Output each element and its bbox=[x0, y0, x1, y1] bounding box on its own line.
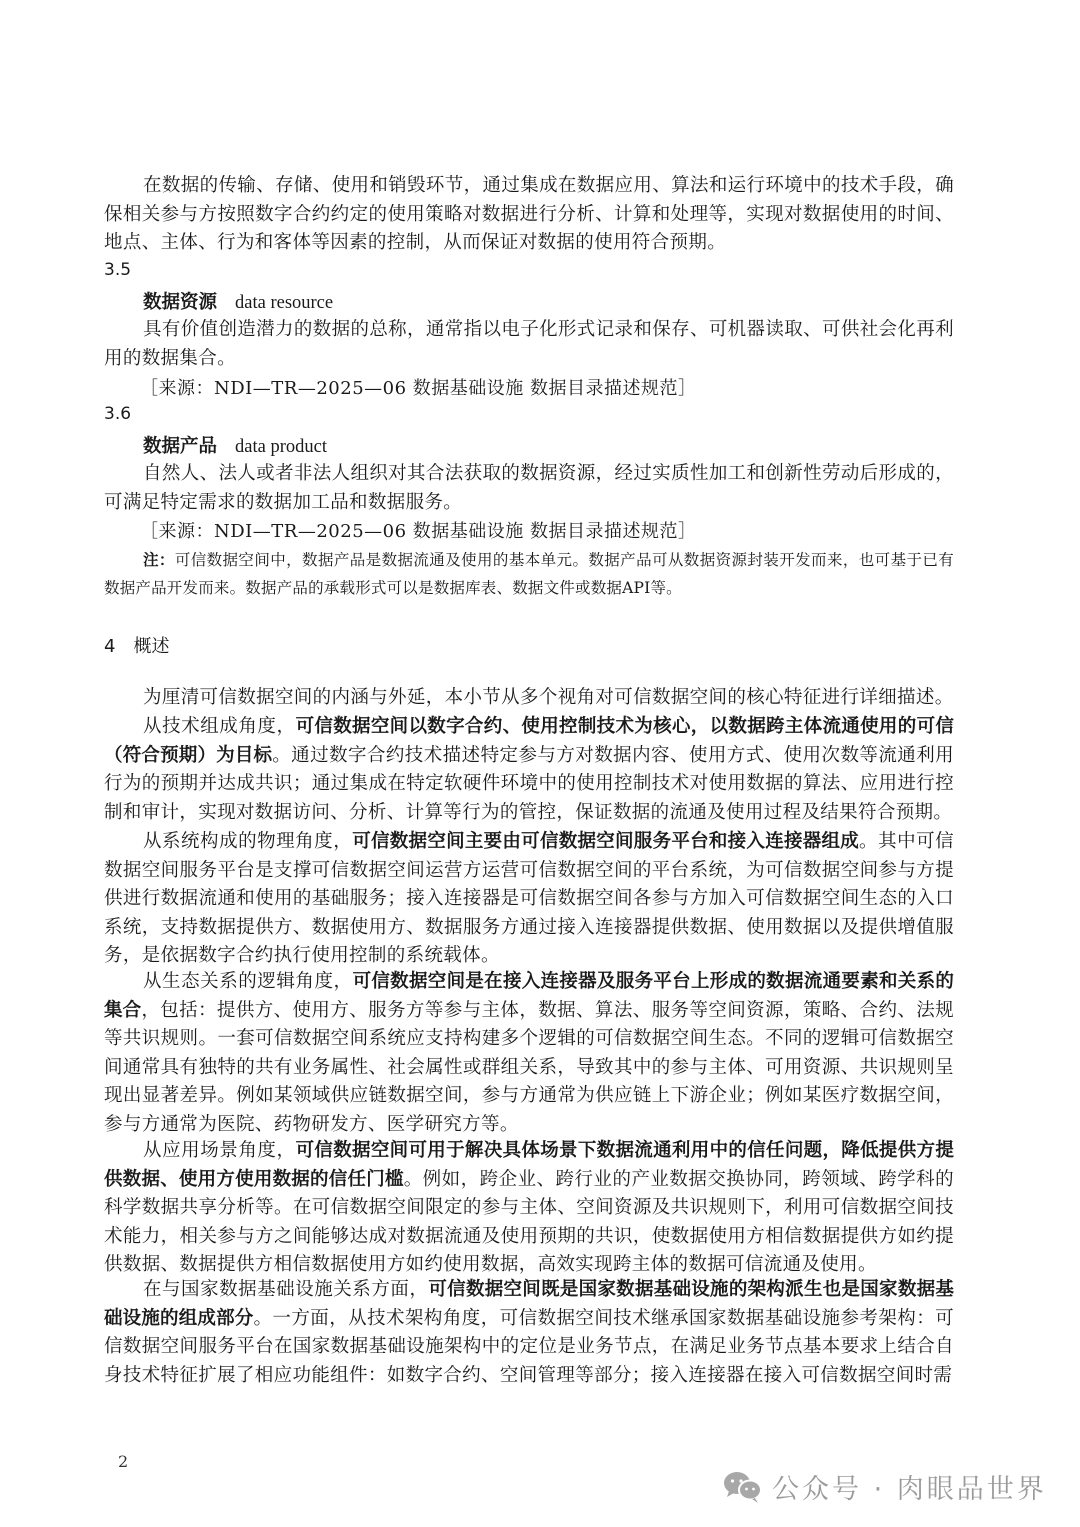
term-zh: 数据资源 bbox=[143, 292, 217, 313]
lead-text: 从生态关系的逻辑角度， bbox=[143, 971, 353, 992]
paragraph-3-4-body: 在数据的传输、存储、使用和销毁环节，通过集成在数据应用、算法和运行环境中的技术手… bbox=[104, 172, 954, 258]
section-4-paragraph-physical: 从系统构成的物理角度，可信数据空间主要由可信数据空间服务平台和接入连接器组成。其… bbox=[104, 828, 954, 971]
lead-text: 在与国家数据基础设施关系方面， bbox=[143, 1279, 428, 1300]
watermark: 公众号 · 肉眼品世界 bbox=[722, 1467, 1047, 1506]
note-text: 可信数据空间中，数据产品是数据流通及使用的基本单元。数据产品可从数据资源封装开发… bbox=[104, 551, 954, 597]
watermark-text: 公众号 · 肉眼品世界 bbox=[772, 1467, 1047, 1506]
section-4-paragraph-technical: 从技术组成角度，可信数据空间以数字合约、使用控制技术为核心，以数据跨主体流通使用… bbox=[104, 713, 954, 827]
term-heading-3-5: 数据资源data resource bbox=[143, 288, 333, 314]
term-en: data resource bbox=[235, 293, 333, 313]
note-3-6: 注：可信数据空间中，数据产品是数据流通及使用的基本单元。数据产品可从数据资源封装… bbox=[104, 546, 954, 602]
term-heading-3-6: 数据产品data product bbox=[143, 432, 327, 458]
section-title: 概述 bbox=[133, 636, 169, 657]
definition-3-6: 自然人、法人或者非法人组织对其合法获取的数据资源，经过实质性加工和创新性劳动后形… bbox=[104, 460, 954, 517]
clause-number-3-6: 3.6 bbox=[104, 404, 131, 424]
definition-3-5: 具有价值创造潜力的数据的总称，通常指以电子化形式记录和保存、可机器读取、可供社会… bbox=[104, 316, 954, 373]
bold-text: 可信数据空间主要由可信数据空间服务平台和接入连接器组成 bbox=[352, 831, 859, 852]
section-4-paragraph-infrastructure: 在与国家数据基础设施关系方面，可信数据空间既是国家数据基础设施的架构派生也是国家… bbox=[104, 1276, 954, 1390]
section-4-intro: 为厘清可信数据空间的内涵与外延，本小节从多个视角对可信数据空间的核心特征进行详细… bbox=[104, 684, 954, 713]
clause-number-3-5: 3.5 bbox=[104, 260, 131, 280]
lead-text: 从技术组成角度， bbox=[143, 716, 296, 737]
section-number: 4 bbox=[104, 636, 115, 657]
wechat-icon bbox=[722, 1470, 764, 1504]
lead-text: 从应用场景角度， bbox=[143, 1140, 296, 1161]
page-number: 2 bbox=[118, 1452, 128, 1471]
section-4-paragraph-ecosystem: 从生态关系的逻辑角度，可信数据空间是在接入连接器及服务平台上形成的数据流通要素和… bbox=[104, 968, 954, 1139]
source-3-5: ［来源：NDI—TR—2025—06 数据基础设施 数据目录描述规范］ bbox=[140, 374, 697, 400]
term-en: data product bbox=[235, 437, 327, 457]
source-3-6: ［来源：NDI—TR—2025—06 数据基础设施 数据目录描述规范］ bbox=[140, 517, 697, 543]
section-heading-4: 4概述 bbox=[104, 632, 169, 658]
body-text: ，包括：提供方、使用方、服务方等参与主体，数据、算法、服务等空间资源，策略、合约… bbox=[104, 1000, 954, 1135]
note-label: 注： bbox=[143, 551, 175, 569]
term-zh: 数据产品 bbox=[143, 436, 217, 457]
section-4-paragraph-scenario: 从应用场景角度，可信数据空间可用于解决具体场景下数据流通利用中的信任问题，降低提… bbox=[104, 1137, 954, 1280]
lead-text: 从系统构成的物理角度， bbox=[143, 831, 352, 852]
